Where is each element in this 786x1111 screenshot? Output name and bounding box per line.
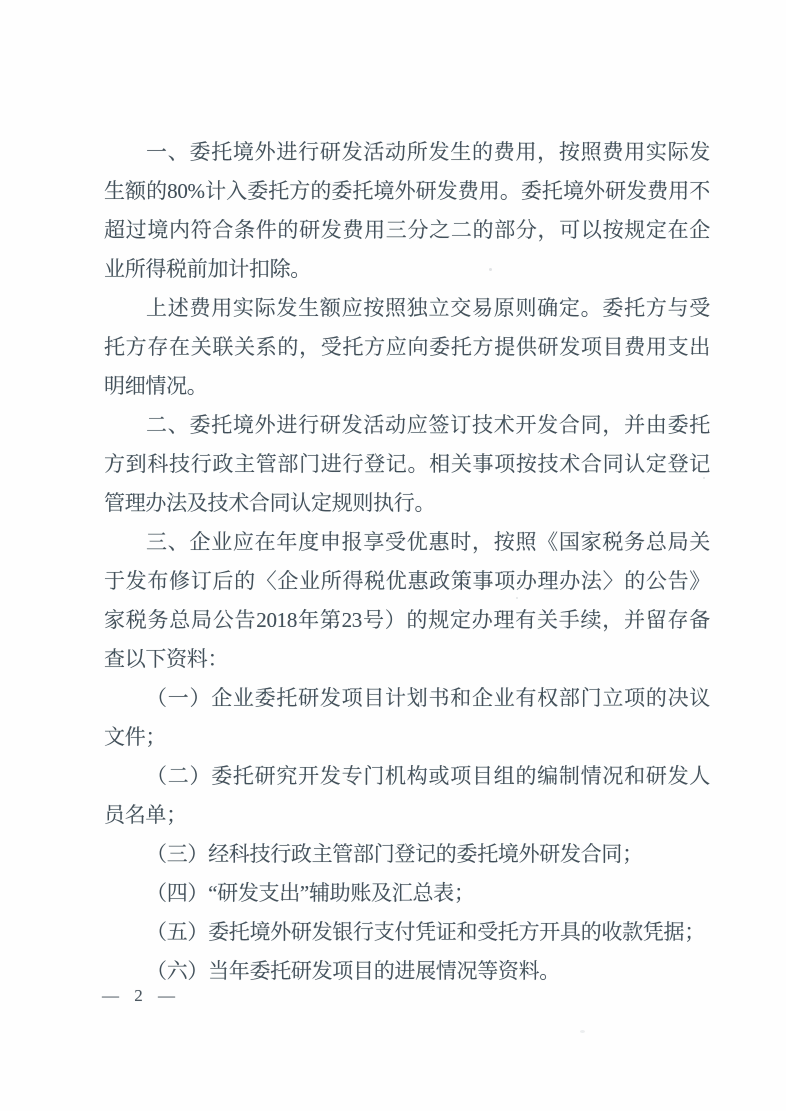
text-line: 文件； <box>104 718 710 757</box>
text-line: 家税务总局公告2018年第23号）的规定办理有关手续，并留存备 <box>104 601 710 640</box>
text-line: （二）委托研究开发专门机构或项目组的编制情况和研发人 <box>104 757 710 796</box>
text-line: （六）当年委托研发项目的进展情况等资料。 <box>104 952 710 991</box>
scan-speck <box>516 597 518 599</box>
text-line: （五）委托境外研发银行支付凭证和受托方开具的收款凭据； <box>104 913 710 952</box>
text-line: 生额的80%计入委托方的委托境外研发费用。委托境外研发费用不 <box>104 172 710 211</box>
text-line: 于发布修订后的〈企业所得税优惠政策事项办理办法〉的公告》（国 <box>104 562 710 601</box>
text-line: 管理办法及技术合同认定规则执行。 <box>104 484 710 523</box>
text-line: 查以下资料： <box>104 640 710 679</box>
text-line: （三）经科技行政主管部门登记的委托境外研发合同； <box>104 835 710 874</box>
document-body: 一、委托境外进行研发活动所发生的费用，按照费用实际发 生额的80%计入委托方的委… <box>104 133 710 991</box>
scan-speck <box>489 268 492 271</box>
text-line: 超过境内符合条件的研发费用三分之二的部分，可以按规定在企 <box>104 211 710 250</box>
text-line: 明细情况。 <box>104 367 710 406</box>
text-line: 三、企业应在年度申报享受优惠时，按照《国家税务总局关 <box>104 523 710 562</box>
scanned-document-page: 一、委托境外进行研发活动所发生的费用，按照费用实际发 生额的80%计入委托方的委… <box>0 0 786 1111</box>
page-number: — 2 — <box>102 986 176 1006</box>
text-line: （四）“研发支出”辅助账及汇总表； <box>104 874 710 913</box>
scan-speck <box>703 477 705 479</box>
text-line: 业所得税前加计扣除。 <box>104 250 710 289</box>
text-line: 上述费用实际发生额应按照独立交易原则确定。委托方与受 <box>104 289 710 328</box>
text-line: 二、委托境外进行研发活动应签订技术开发合同，并由委托 <box>104 406 710 445</box>
text-line: 员名单； <box>104 796 710 835</box>
scan-speck <box>580 1030 585 1033</box>
text-line: 一、委托境外进行研发活动所发生的费用，按照费用实际发 <box>104 133 710 172</box>
text-line: 方到科技行政主管部门进行登记。相关事项按技术合同认定登记 <box>104 445 710 484</box>
text-line: 托方存在关联关系的，受托方应向委托方提供研发项目费用支出 <box>104 328 710 367</box>
text-line: （一）企业委托研发项目计划书和企业有权部门立项的决议 <box>104 679 710 718</box>
